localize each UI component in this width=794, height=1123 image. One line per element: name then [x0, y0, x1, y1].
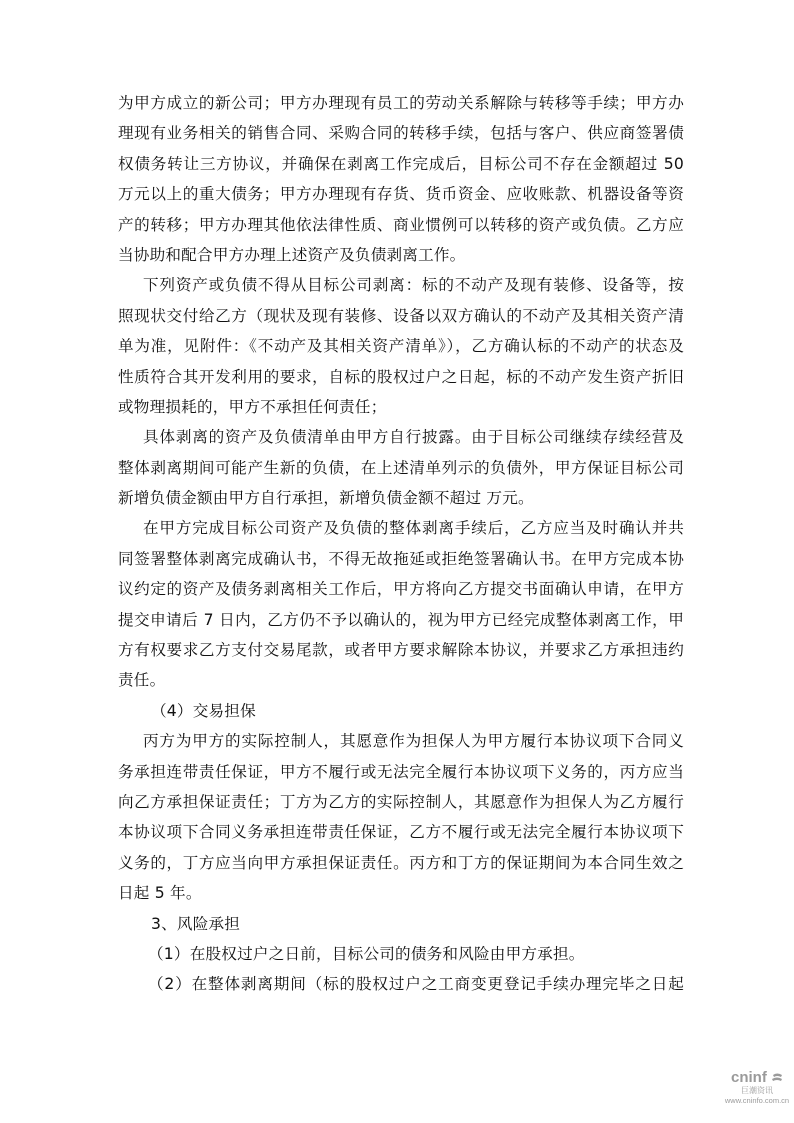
text-line: 理现有业务相关的销售合同、采购合同的转移手续，包括与客户、供应商签署债: [118, 118, 684, 148]
text-line: 产的转移；甲方办理其他依法律性质、商业惯例可以转移的资产或负债。乙方应: [118, 210, 684, 240]
text-line: 权债务转让三方协议，并确保在剥离工作完成后，目标公司不存在金额超过 50: [118, 149, 684, 179]
paragraph-excluded-assets: 下列资产或负债不得从目标公司剥离：标的不动产及现有装修、设备等，按 照现状交付给…: [118, 270, 684, 422]
document-body: 为甲方成立的新公司；甲方办理现有员工的劳动关系解除与转移等手续；甲方办 理现有业…: [118, 88, 684, 1000]
text-line: 提交申请后 7 日内，乙方仍不予以确认的，视为甲方已经完成整体剥离工作，甲: [118, 605, 684, 635]
text-line: 日起 5 年。: [118, 878, 684, 908]
document-page: 为甲方成立的新公司；甲方办理现有员工的劳动关系解除与转移等手续；甲方办 理现有业…: [0, 0, 794, 1123]
text-line: 责任。: [118, 665, 684, 695]
list-item-risk-2: （2）在整体剥离期间（标的股权过户之工商变更登记手续办理完毕之日起: [118, 969, 684, 999]
section-heading-risk: 3、风险承担: [118, 909, 684, 939]
text-line: 新增负债金额由甲方自行承担，新增负债金额不超过 万元。: [118, 483, 684, 513]
paragraph-guarantee: 丙方为甲方的实际控制人，其愿意作为担保人为甲方履行本协议项下合同义 务承担连带责…: [118, 726, 684, 908]
paragraph-disclosure: 具体剥离的资产及负债清单由甲方自行披露。由于目标公司继续存续经营及 整体剥离期间…: [118, 422, 684, 513]
text-line: 下列资产或负债不得从目标公司剥离：标的不动产及现有装修、设备等，按: [118, 270, 684, 300]
text-line: 务承担连带责任保证，甲方不履行或无法完全履行本协议项下义务的，丙方应当: [118, 757, 684, 787]
text-line: 同签署整体剥离完成确认书，不得无故拖延或拒绝签署确认书。在甲方完成本协: [118, 544, 684, 574]
text-line: 议约定的资产及债务剥离相关工作后，甲方将向乙方提交书面确认申请，在甲方: [118, 574, 684, 604]
text-line: 为甲方成立的新公司；甲方办理现有员工的劳动关系解除与转移等手续；甲方办: [118, 88, 684, 118]
watermark-subtitle: 巨潮资讯: [722, 1086, 792, 1096]
text-line: 照现状交付给乙方（现状及现有装修、设备以双方确认的不动产及其相关资产清: [118, 301, 684, 331]
text-line: 本协议项下合同义务承担连带责任保证，乙方不履行或无法完全履行本协议项下: [118, 817, 684, 847]
text-line: 方有权要求乙方支付交易尾款，或者甲方要求解除本协议，并要求乙方承担违约: [118, 635, 684, 665]
text-line: 万元以上的重大债务；甲方办理现有存货、货币资金、应收账款、机器设备等资: [118, 179, 684, 209]
watermark-logo: cninf 巨潮资讯 www.cninfo.com.cn: [722, 1070, 792, 1118]
text-line: 整体剥离期间可能产生新的负债，在上述清单列示的负债外，甲方保证目标公司: [118, 453, 684, 483]
watermark-url: www.cninfo.com.cn: [722, 1096, 792, 1106]
paragraph-confirmation: 在甲方完成目标公司资产及负债的整体剥离手续后，乙方应当及时确认并共 同签署整体剥…: [118, 513, 684, 695]
text-line: 性质符合其开发利用的要求，自标的股权过户之日起，标的不动产发生资产折旧: [118, 362, 684, 392]
text-line: 丙方为甲方的实际控制人，其愿意作为担保人为甲方履行本协议项下合同义: [118, 726, 684, 756]
paragraph-asset-transfer: 为甲方成立的新公司；甲方办理现有员工的劳动关系解除与转移等手续；甲方办 理现有业…: [118, 88, 684, 270]
text-line: 当协助和配合甲方办理上述资产及负债剥离工作。: [118, 240, 684, 270]
section-heading-guarantee: （4）交易担保: [118, 696, 684, 726]
list-item-risk-1: （1）在股权过户之日前，目标公司的债务和风险由甲方承担。: [118, 939, 684, 969]
watermark-brand: cninf: [731, 1069, 767, 1086]
cninfo-logo-icon: [771, 1072, 783, 1084]
text-line: 向乙方承担保证责任；丁方为乙方的实际控制人，其愿意作为担保人为乙方履行: [118, 787, 684, 817]
text-line: 单为准，见附件：《不动产及其相关资产清单》），乙方确认标的不动产的状态及: [118, 331, 684, 361]
text-line: 在甲方完成目标公司资产及负债的整体剥离手续后，乙方应当及时确认并共: [118, 513, 684, 543]
text-line: 义务的，丁方应当向甲方承担保证责任。丙方和丁方的保证期间为本合同生效之: [118, 848, 684, 878]
text-line: 或物理损耗的，甲方不承担任何责任；: [118, 392, 684, 422]
text-line: 具体剥离的资产及负债清单由甲方自行披露。由于目标公司继续存续经营及: [118, 422, 684, 452]
